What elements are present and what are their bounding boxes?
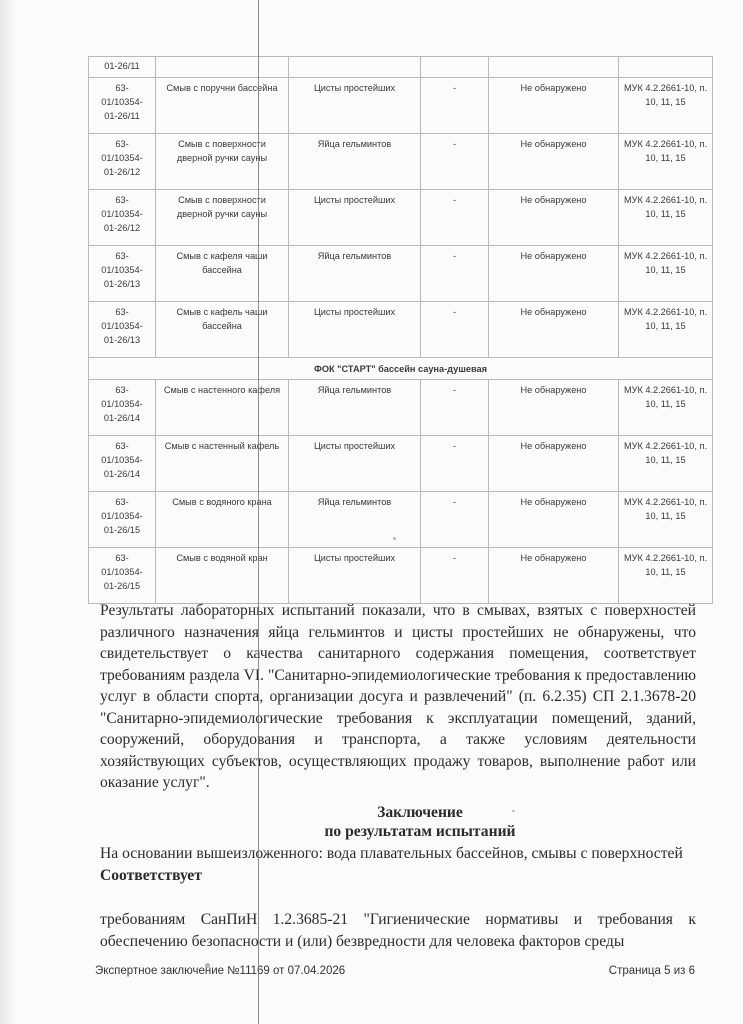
cell-sample: Смыв с настенного кафеля	[156, 380, 289, 436]
cell-method: МУК 4.2.2661-10, п. 10, 11, 15	[619, 436, 713, 492]
cell-norm: -	[421, 492, 489, 548]
requirements-text: требованиям СанПиН 1.2.3685-21 "Гигиенич…	[100, 909, 696, 952]
cell-code: 63- 01/10354- 01-26/15	[89, 492, 156, 548]
table-row: 63- 01/10354- 01-26/12Смыв с поверхности…	[89, 134, 713, 190]
cell-code: 63- 01/10354- 01-26/11	[89, 78, 156, 134]
cell-indicator: Яйца гельминтов	[289, 134, 421, 190]
cell-method: МУК 4.2.2661-10, п. 10, 11, 15	[619, 380, 713, 436]
cell-result: Не обнаружено	[489, 302, 619, 358]
scan-artifact-line	[258, 0, 259, 1024]
table-row: 63- 01/10354- 01-26/15Смыв с водяного кр…	[89, 492, 713, 548]
cell-result: Не обнаружено	[489, 436, 619, 492]
conclusion-basis: На основании вышеизложенного: вода плава…	[100, 843, 696, 865]
scan-speck	[512, 810, 515, 812]
cell-code: 63- 01/10354- 01-26/13	[89, 302, 156, 358]
section-title: ФОК "СТАРТ" бассейн сауна-душевая	[89, 358, 713, 380]
cell-code: 63- 01/10354- 01-26/13	[89, 246, 156, 302]
results-table: 01-26/11 63- 01/10354- 01-26/11Смыв с по…	[88, 56, 713, 604]
cell-indicator: Яйца гельминтов	[289, 380, 421, 436]
cell-method: МУК 4.2.2661-10, п. 10, 11, 15	[619, 78, 713, 134]
conclusion-requirements: требованиям СанПиН 1.2.3685-21 "Гигиенич…	[100, 909, 696, 952]
cell-result: Не обнаружено	[489, 492, 619, 548]
cell-method: МУК 4.2.2661-10, п. 10, 11, 15	[619, 246, 713, 302]
cell-result: Не обнаружено	[489, 380, 619, 436]
scan-speck	[393, 537, 396, 540]
cell-code: 63- 01/10354- 01-26/12	[89, 134, 156, 190]
cell-indicator: Цисты простейших	[289, 78, 421, 134]
cell-result: Не обнаружено	[489, 548, 619, 604]
cell-empty	[619, 57, 713, 78]
cell-code: 63- 01/10354- 01-26/14	[89, 436, 156, 492]
page-footer: Экспертное заключение №11169 от 07.04.20…	[95, 965, 695, 977]
scan-edge-shadow	[0, 0, 14, 1024]
cell-empty	[421, 57, 489, 78]
table-row: 63- 01/10354- 01-26/14Смыв с настенный к…	[89, 436, 713, 492]
conclusion-subheading: по результатам испытаний	[100, 822, 696, 841]
cell-norm: -	[421, 302, 489, 358]
cell-method: МУК 4.2.2661-10, п. 10, 11, 15	[619, 548, 713, 604]
cell-norm: -	[421, 436, 489, 492]
cell-method: МУК 4.2.2661-10, п. 10, 11, 15	[619, 302, 713, 358]
cell-norm: -	[421, 548, 489, 604]
cell-sample: Смыв с кафеля чаши бассейна	[156, 246, 289, 302]
footer-page-number: Страница 5 из 6	[609, 965, 695, 977]
cell-result: Не обнаружено	[489, 78, 619, 134]
table-row: 63- 01/10354- 01-26/11Смыв с поручни бас…	[89, 78, 713, 134]
cell-method: МУК 4.2.2661-10, п. 10, 11, 15	[619, 492, 713, 548]
table-row: 63- 01/10354- 01-26/14Смыв с настенного …	[89, 380, 713, 436]
cell-sample: Смыв с поверхности дверной ручки сауны	[156, 134, 289, 190]
cell-sample: Смыв с водяного крана	[156, 492, 289, 548]
cell-result: Не обнаружено	[489, 190, 619, 246]
cell-sample: Смыв с водяной кран	[156, 548, 289, 604]
cell-sample: Смыв с кафель чаши бассейна	[156, 302, 289, 358]
cell-indicator: Цисты простейших	[289, 190, 421, 246]
table-section-row: ФОК "СТАРТ" бассейн сауна-душевая	[89, 358, 713, 380]
cell-indicator: Цисты простейших	[289, 548, 421, 604]
cell-code: 63- 01/10354- 01-26/15	[89, 548, 156, 604]
scan-speck	[205, 963, 210, 968]
cell-indicator: Яйца гельминтов	[289, 246, 421, 302]
cell-norm: -	[421, 78, 489, 134]
table-row: 63- 01/10354- 01-26/15Смыв с водяной кра…	[89, 548, 713, 604]
cell-indicator: Цисты простейших	[289, 436, 421, 492]
cell-code: 63- 01/10354- 01-26/14	[89, 380, 156, 436]
cell-method: МУК 4.2.2661-10, п. 10, 11, 15	[619, 190, 713, 246]
cell-indicator: Яйца гельминтов	[289, 492, 421, 548]
table-row: 63- 01/10354- 01-26/13Смыв с кафеля чаши…	[89, 246, 713, 302]
footer-document-ref: Экспертное заключение №11169 от 07.04.20…	[95, 965, 345, 977]
cell-result: Не обнаружено	[489, 246, 619, 302]
results-paragraph: Результаты лабораторных испытаний показа…	[100, 600, 696, 794]
cell-norm: -	[421, 246, 489, 302]
table-row: 63- 01/10354- 01-26/12Смыв с поверхности…	[89, 190, 713, 246]
table-row: 63- 01/10354- 01-26/13Смыв с кафель чаши…	[89, 302, 713, 358]
cell-result: Не обнаружено	[489, 134, 619, 190]
cell-norm: -	[421, 134, 489, 190]
cell-sample: Смыв с поверхности дверной ручки сауны	[156, 190, 289, 246]
conclusion-verdict: Соответствует	[100, 865, 696, 887]
cell-method: МУК 4.2.2661-10, п. 10, 11, 15	[619, 134, 713, 190]
conclusion-body: На основании вышеизложенного: вода плава…	[100, 843, 696, 886]
table-row-continued: 01-26/11	[89, 57, 713, 78]
results-text: Результаты лабораторных испытаний показа…	[100, 600, 696, 794]
cell-indicator: Цисты простейших	[289, 302, 421, 358]
cell-norm: -	[421, 380, 489, 436]
cell-empty	[289, 57, 421, 78]
cell-norm: -	[421, 190, 489, 246]
cell-empty	[156, 57, 289, 78]
cell-code: 63- 01/10354- 01-26/12	[89, 190, 156, 246]
cell-sample: Смыв с настенный кафель	[156, 436, 289, 492]
cell-empty	[489, 57, 619, 78]
conclusion-heading: Заключение	[100, 803, 696, 822]
cell-code: 01-26/11	[89, 57, 156, 78]
cell-sample: Смыв с поручни бассейна	[156, 78, 289, 134]
